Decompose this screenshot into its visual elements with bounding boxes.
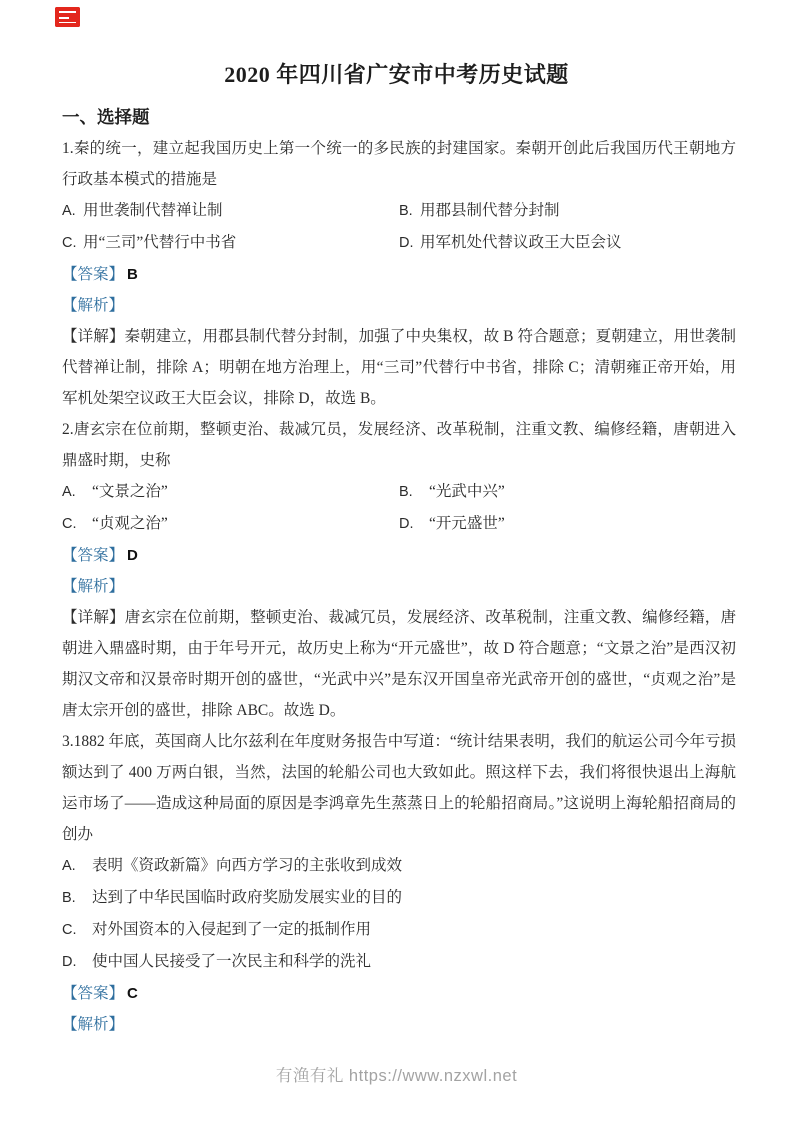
question-2-detail: 【详解】唐玄宗在位前期，整顿吏治、裁减冗员，发展经济、改革税制，注重文教、编修经… — [62, 602, 736, 726]
option-letter: C. — [62, 228, 83, 259]
analysis-line: 【解析】 — [62, 1009, 736, 1040]
option-text: 用“三司”代替行中书省 — [83, 234, 236, 251]
answer-line: 【答案】D — [62, 540, 736, 571]
option-letter: D. — [62, 947, 92, 978]
option-text: 对外国资本的入侵起到了一定的抵制作用 — [92, 921, 371, 938]
option-c: C.“贞观之治” — [62, 508, 399, 540]
option-text: “光武中兴” — [429, 483, 505, 500]
option-letter: B. — [399, 477, 429, 508]
question-3-options: A.表明《资政新篇》向西方学习的主张收到成效 B.达到了中华民国临时政府奖励发展… — [62, 850, 736, 978]
option-text: 表明《资政新篇》向西方学习的主张收到成效 — [92, 857, 402, 874]
answer-line: 【答案】B — [62, 259, 736, 290]
option-letter: D. — [399, 228, 420, 259]
option-text: “贞观之治” — [92, 515, 168, 532]
question-2: 2.唐玄宗在位前期，整顿吏治、裁减冗员，发展经济、改革税制，注重文教、编修经籍，… — [62, 414, 736, 726]
answer-value: C — [127, 985, 138, 1002]
option-a: A.用世袭制代替禅让制 — [62, 195, 399, 227]
question-3-stem: 3.1882 年底，英国商人比尔兹利在年度财务报告中写道：“统计结果表明，我们的… — [62, 726, 736, 850]
page-title: 2020 年四川省广安市中考历史试题 — [0, 0, 793, 89]
option-letter: A. — [62, 851, 92, 882]
option-letter: C. — [62, 915, 92, 946]
option-b: B.用郡县制代替分封制 — [399, 195, 736, 227]
option-letter: D. — [399, 509, 429, 540]
option-text: 用世袭制代替禅让制 — [83, 202, 223, 219]
option-b: B.达到了中华民国临时政府奖励发展实业的目的 — [62, 882, 736, 914]
section-heading: 一、选择题 — [62, 104, 793, 129]
question-2-options: A.“文景之治” B.“光武中兴” C.“贞观之治” D.“开元盛世” — [62, 476, 736, 540]
option-b: B.“光武中兴” — [399, 476, 736, 508]
answer-value: D — [127, 547, 138, 564]
analysis-label: 【解析】 — [62, 578, 124, 595]
analysis-line: 【解析】 — [62, 290, 736, 321]
question-1-detail: 【详解】秦朝建立，用郡县制代替分封制，加强了中央集权，故 B 符合题意；夏朝建立… — [62, 321, 736, 414]
option-text: 使中国人民接受了一次民主和科学的洗礼 — [92, 953, 371, 970]
option-letter: B. — [399, 196, 420, 227]
option-letter: A. — [62, 477, 92, 508]
option-text: 达到了中华民国临时政府奖励发展实业的目的 — [92, 889, 402, 906]
analysis-label: 【解析】 — [62, 297, 124, 314]
analysis-line: 【解析】 — [62, 571, 736, 602]
option-text: “文景之治” — [92, 483, 168, 500]
option-a: A.“文景之治” — [62, 476, 399, 508]
option-a: A.表明《资政新篇》向西方学习的主张收到成效 — [62, 850, 736, 882]
answer-label: 【答案】 — [62, 985, 124, 1002]
option-text: 用郡县制代替分封制 — [420, 202, 560, 219]
option-letter: A. — [62, 196, 83, 227]
option-text: “开元盛世” — [429, 515, 505, 532]
question-3: 3.1882 年底，英国商人比尔兹利在年度财务报告中写道：“统计结果表明，我们的… — [62, 726, 736, 1040]
answer-line: 【答案】C — [62, 978, 736, 1009]
question-1: 1.秦的统一，建立起我国历史上第一个统一的多民族的封建国家。秦朝开创此后我国历代… — [62, 133, 736, 414]
option-letter: B. — [62, 883, 92, 914]
footer-site-text: 有渔有礼 https://www.nzxwl.net — [276, 1067, 517, 1085]
answer-value: B — [127, 266, 138, 283]
red-seal-stamp-icon — [55, 7, 80, 27]
option-d: D.“开元盛世” — [399, 508, 736, 540]
option-d: D.用军机处代替议政王大臣会议 — [399, 227, 736, 259]
question-1-stem: 1.秦的统一，建立起我国历史上第一个统一的多民族的封建国家。秦朝开创此后我国历代… — [62, 133, 736, 195]
option-c: C.对外国资本的入侵起到了一定的抵制作用 — [62, 914, 736, 946]
document-page: 2020 年四川省广安市中考历史试题 一、选择题 1.秦的统一，建立起我国历史上… — [0, 0, 793, 1122]
analysis-label: 【解析】 — [62, 1016, 124, 1033]
question-2-stem: 2.唐玄宗在位前期，整顿吏治、裁减冗员，发展经济、改革税制，注重文教、编修经籍，… — [62, 414, 736, 476]
answer-label: 【答案】 — [62, 547, 124, 564]
option-text: 用军机处代替议政王大臣会议 — [420, 234, 622, 251]
option-letter: C. — [62, 509, 92, 540]
option-d: D.使中国人民接受了一次民主和科学的洗礼 — [62, 946, 736, 978]
answer-label: 【答案】 — [62, 266, 124, 283]
option-c: C.用“三司”代替行中书省 — [62, 227, 399, 259]
footer-watermark: 有渔有礼 https://www.nzxwl.net — [0, 1062, 793, 1086]
question-1-options: A.用世袭制代替禅让制 B.用郡县制代替分封制 C.用“三司”代替行中书省 D.… — [62, 195, 736, 259]
questions-area: 1.秦的统一，建立起我国历史上第一个统一的多民族的封建国家。秦朝开创此后我国历代… — [62, 133, 736, 1040]
